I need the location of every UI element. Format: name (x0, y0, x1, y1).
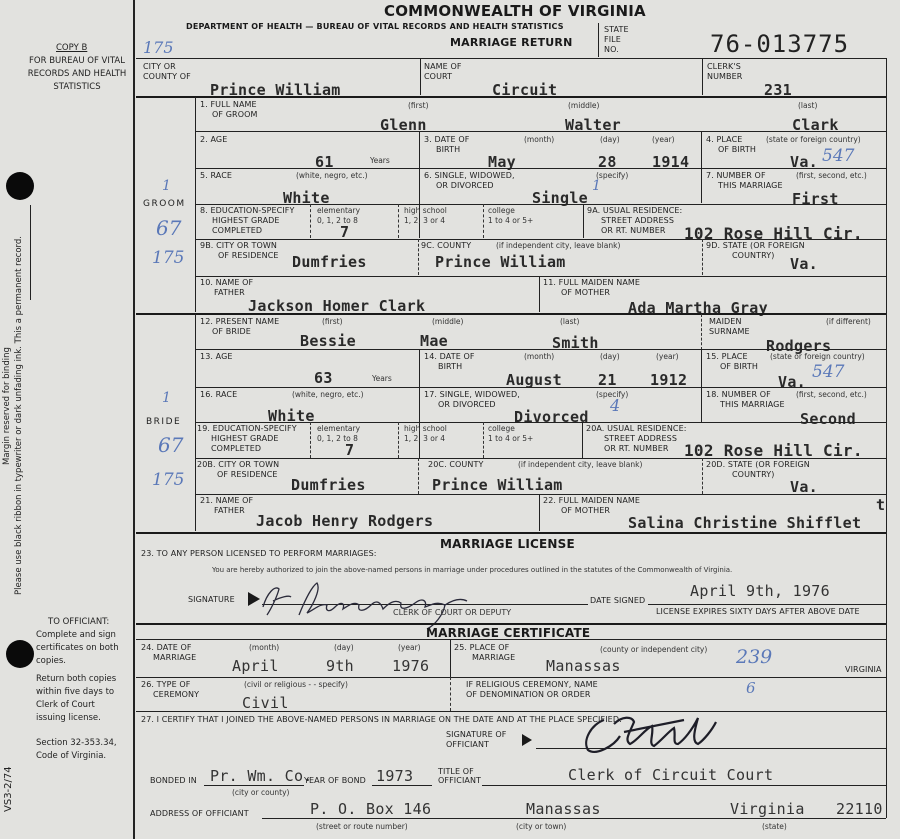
binding-hole-top (6, 172, 34, 200)
license-title: MARRIAGE LICENSE (440, 537, 575, 551)
groom-state-divider (702, 239, 703, 275)
bride-residence-street: 102 Rose Hill Cir. (684, 443, 863, 459)
license-signature-label: SIGNATURE (188, 595, 235, 605)
bonded-in-value: Pr. Wm. Co. (210, 768, 313, 784)
bride-state-label: 20d. STATE (OR FOREIGNCOUNTRY) (706, 460, 810, 480)
bride-status-label: 17. SINGLE, WIDOWED,OR DIVORCED (424, 390, 520, 410)
city-county-label: CITY ORCOUNTY OF (143, 62, 191, 82)
bride-bottom-line (136, 532, 886, 534)
binding-margin-note: Margin reserved for binding (2, 347, 12, 465)
groom-county-label: 9c. COUNTY (421, 241, 471, 251)
marriage-place-label: 25. PLACE OFMARRIAGE (454, 643, 515, 663)
officiant-instr-line: Return both copies (36, 673, 132, 686)
groom-edu-label: 8. EDUCATION-SPECIFYHIGHEST GRADECOMPLET… (200, 206, 295, 236)
state-file-label-line: FILE (604, 35, 629, 45)
groom-hs-hint: high school1, 2, 3 or 4 (404, 206, 447, 226)
officiant-instr-line: within five days to (36, 686, 132, 699)
marriage-date-label: 24. DATE OFMARRIAGE (141, 643, 196, 663)
date-signed-label: DATE SIGNED (590, 596, 645, 606)
form-right-border (886, 58, 887, 818)
license-expires-note: LICENSE EXPIRES SIXTY DAYS AFTER ABOVE D… (656, 607, 860, 617)
bride-state: Va. (790, 479, 818, 495)
bride-dob-year: 1912 (650, 372, 687, 388)
groom-city: Dumfries (292, 254, 367, 270)
bride-pob-label: 15. PLACEOF BIRTH (706, 352, 758, 372)
bond-year-value: 1973 (376, 768, 413, 784)
denomination-divider (450, 677, 451, 711)
bride-pob-hint: (state or foreign country) (770, 352, 865, 362)
groom-race-hint: (white, negro, etc.) (296, 171, 368, 181)
groom-residence-label: 9a. USUAL RESIDENCE:STREET ADDRESSOR RT.… (587, 206, 682, 236)
handwritten-groom-2: 67 (156, 216, 181, 240)
header-form-name: MARRIAGE RETURN (450, 36, 572, 49)
address-street: P. O. Box 146 (310, 801, 431, 817)
bride-middle-hint: (middle) (432, 317, 463, 327)
bride-row-line (196, 422, 886, 423)
bride-county-label: 20c. COUNTY (428, 460, 483, 470)
officiant-instr-line: certificates on both (36, 642, 132, 655)
marriage-return-document: COPY B FOR BUREAU OF VITAL RECORDS AND H… (0, 0, 900, 839)
clerk-of-court-label: CLERK OF COURT OR DEPUTY (393, 608, 511, 618)
bride-middle-name: Mae (420, 333, 448, 349)
bride-edu-divider (398, 422, 399, 458)
bride-row-line (196, 458, 886, 459)
officiant-signature (574, 710, 724, 760)
handwritten-groom-1: 1 (162, 178, 171, 194)
bride-county: Prince William (432, 477, 563, 493)
officiant-instr-title: TO OFFICIANT: (36, 616, 132, 629)
bride-first-hint: (first) (322, 317, 343, 327)
license-item-23: 23. TO ANY PERSON LICENSED TO PERFORM MA… (141, 549, 377, 559)
groom-college-hint: college1 to 4 or 5+ (488, 206, 533, 226)
groom-father-label: 10. NAME OFFATHER (200, 278, 253, 298)
ink-note-underline (30, 205, 31, 300)
bride-divider (539, 494, 540, 531)
bride-last-hint: (last) (560, 317, 579, 327)
bride-name-label: 12. PRESENT NAMEOF BRIDE (200, 317, 279, 337)
certificate-divider (450, 639, 451, 677)
date-signed-line (648, 604, 886, 605)
marriage-month-hint: (month) (249, 643, 279, 653)
handwritten-bride-3: 175 (152, 470, 184, 490)
groom-num-marriage-hint: (first, second, etc.) (796, 171, 867, 181)
bride-maiden-label: MAIDENSURNAME (709, 317, 750, 337)
bride-num-marriage-hint: (first, second, etc.) (796, 390, 867, 400)
officiant-instr-line: issuing license. (36, 712, 132, 725)
copy-desc-line: STATISTICS (22, 81, 132, 94)
groom-bottom-line (136, 313, 886, 315)
address-state: Virginia (730, 801, 805, 817)
bride-mother-name: Salina Christine Shifflet (628, 515, 861, 531)
bride-maiden-divider (701, 314, 702, 350)
date-signed-value: April 9th, 1976 (690, 583, 830, 599)
officiant-address-line (262, 818, 886, 819)
groom-month-hint: (month) (524, 135, 554, 145)
code-section-line: Section 32-353.34, (36, 737, 132, 750)
bride-num-marriage-label: 18. NUMBER OFTHIS MARRIAGE (706, 390, 785, 410)
bride-mother-overflow: t (876, 497, 885, 513)
address-zip: 22110 (836, 801, 883, 817)
bride-num-marriage: Second (800, 411, 856, 427)
bride-father-label: 21. NAME OFFATHER (200, 496, 253, 516)
state-hint: (state) (762, 822, 787, 832)
groom-county-divider (418, 239, 419, 275)
groom-edu-divider (483, 204, 484, 238)
groom-divider (539, 276, 540, 312)
bride-age: 63 (314, 370, 333, 386)
court-label: NAME OFCOURT (424, 62, 462, 82)
groom-dob-label: 3. DATE OFBIRTH (424, 135, 469, 155)
groom-name-label: 1. FULL NAMEOF GROOM (200, 100, 258, 120)
groom-divider (701, 131, 702, 203)
certificate-title: MARRIAGE CERTIFICATE (426, 626, 590, 640)
certificate-row-line (136, 711, 886, 712)
groom-age-label: 2. AGE (200, 135, 227, 145)
bride-divider (701, 349, 702, 422)
groom-day-hint: (day) (600, 135, 620, 145)
bride-day-hint: (day) (600, 352, 620, 362)
officiant-title-value: Clerk of Circuit Court (568, 767, 773, 783)
bonded-in-line (204, 785, 304, 786)
bride-race-label: 16. RACE (200, 390, 237, 400)
top-row-divider-2 (702, 58, 703, 95)
officiant-title-line (482, 785, 886, 786)
ceremony-type-hint: (civil or religious - - specify) (244, 680, 348, 690)
bride-hs-hint: high school1, 2, 3 or 4 (404, 424, 447, 444)
copy-desc: FOR BUREAU OF VITAL RECORDS AND HEALTH S… (22, 55, 132, 94)
handwritten-groom-status-code: 1 (592, 178, 601, 194)
city-hint: (city or town) (516, 822, 566, 832)
bonded-in-hint: (city or county) (232, 788, 289, 798)
top-row-top-line (136, 58, 886, 59)
groom-county: Prince William (435, 254, 566, 270)
code-section-line: Code of Virginia. (36, 750, 132, 763)
bride-row-line (196, 494, 886, 495)
bride-edu-elementary: 7 (345, 442, 354, 458)
state-file-divider (598, 23, 599, 57)
bond-year-label: YEAR OF BOND (304, 776, 366, 786)
groom-row-line (196, 131, 886, 132)
handwritten-top-note: 175 (143, 38, 174, 57)
bride-mother-label: 22. FULL MAIDEN NAMEOF MOTHER (543, 496, 640, 516)
handwritten-bride-1: 1 (162, 390, 171, 406)
officiant-signature-arrow-icon (522, 734, 532, 746)
handwritten-bride-status-code: 4 (610, 396, 620, 415)
copy-b-label: COPY B (56, 42, 87, 55)
groom-pob-label: 4. PLACEOF BIRTH (706, 135, 756, 155)
state-file-label-line: STATE (604, 25, 629, 35)
marriage-year-hint: (year) (398, 643, 421, 653)
bond-year-line (372, 785, 432, 786)
bonded-in-label: BONDED IN (150, 776, 197, 786)
bride-year-hint: (year) (656, 352, 679, 362)
certificate-title-line (136, 639, 886, 640)
address-city: Manassas (526, 801, 601, 817)
marriage-day-hint: (day) (334, 643, 354, 653)
groom-row-line (196, 276, 886, 277)
marriage-year: 1976 (392, 658, 429, 674)
officiant-signature-label: SIGNATURE OFOFFICIANT (446, 730, 506, 750)
groom-years-label: Years (370, 156, 390, 166)
license-authorization: You are hereby authorized to join the ab… (212, 565, 732, 575)
bride-maiden-hint: (if different) (826, 317, 871, 327)
bride-race-hint: (white, negro, etc.) (292, 390, 364, 400)
groom-edu-divider (310, 204, 311, 238)
street-hint: (street or route number) (316, 822, 408, 832)
officiant-instr-line: copies. (36, 655, 132, 668)
bride-city: Dumfries (291, 477, 366, 493)
state-file-number: 76-013775 (710, 30, 849, 58)
bride-father-name: Jacob Henry Rodgers (256, 513, 433, 529)
groom-middle-hint: (middle) (568, 101, 599, 111)
bride-residence-label: 20a. USUAL RESIDENCE:STREET ADDRESSOR RT… (586, 424, 687, 454)
form-code: VS3-2/74 (3, 766, 14, 812)
groom-year-hint: (year) (652, 135, 675, 145)
certificate-row-line (136, 677, 886, 678)
handwritten-groom-3: 175 (152, 248, 184, 268)
state-file-label-line: NO. (604, 45, 629, 55)
officiant-address-label: ADDRESS OF OFFICIANT (150, 809, 249, 819)
state-file-label: STATE FILE NO. (604, 25, 629, 55)
bride-edu-divider (483, 422, 484, 458)
denomination-label: IF RELIGIOUS CEREMONY, NAMEOF DENOMINATI… (466, 680, 598, 700)
ceremony-type: Civil (242, 695, 289, 711)
bride-county-hint: (if independent city, leave blank) (518, 460, 642, 470)
groom-row-line (196, 204, 886, 205)
certify-statement: 27. I CERTIFY THAT I JOINED THE ABOVE-NA… (141, 715, 622, 725)
bride-college-hint: college1 to 4 or 5+ (488, 424, 533, 444)
bride-edu-divider (310, 422, 311, 458)
groom-status-label: 6. SINGLE, WIDOWED,OR DIVORCED (424, 171, 515, 191)
ink-instructions-note: Please use black ribbon in typewriter or… (14, 236, 24, 595)
groom-first-hint: (first) (408, 101, 429, 111)
bride-state-divider (702, 458, 703, 494)
binding-hole-bottom (6, 640, 34, 668)
groom-num-marriage-label: 7. NUMBER OFTHIS MARRIAGE (706, 171, 783, 191)
officiant-instructions: TO OFFICIANT: Complete and sign certific… (36, 616, 132, 763)
groom-divider (583, 204, 584, 238)
groom-county-hint: (if independent city, leave blank) (496, 241, 620, 251)
bride-row-line (196, 349, 886, 350)
handwritten-groom-pob-code: 547 (822, 146, 854, 166)
top-row-divider-1 (420, 58, 421, 95)
groom-row-line (196, 168, 886, 169)
header-department: DEPARTMENT OF HEALTH — BUREAU OF VITAL R… (186, 22, 564, 31)
bride-dob-label: 14. DATE OFBIRTH (424, 352, 475, 372)
top-row-bottom-line (136, 96, 886, 98)
marriage-day: 9th (326, 658, 354, 674)
copy-desc-line: RECORDS AND HEALTH (22, 68, 132, 81)
officiant-instr-line: Complete and sign (36, 629, 132, 642)
officiant-title-label: TITLE OFOFFICIANT (438, 767, 481, 785)
ceremony-type-label: 26. TYPE OFCEREMONY (141, 680, 199, 700)
groom-race-label: 5. RACE (200, 171, 232, 181)
handwritten-bride-2: 67 (158, 433, 183, 457)
bride-section-label: BRIDE (146, 417, 181, 427)
handwritten-bride-pob-code: 547 (812, 362, 844, 382)
bride-dob-day: 21 (598, 372, 617, 388)
groom-elem-hint: elementary0, 1, 2 to 8 (317, 206, 360, 226)
bride-county-divider (418, 458, 419, 494)
copy-desc-line: FOR BUREAU OF VITAL (22, 55, 132, 68)
groom-edu-divider (398, 204, 399, 238)
clerk-number-label: CLERK'SNUMBER (707, 62, 742, 82)
bride-dob-month: August (506, 372, 562, 388)
groom-city-label: 9b. CITY OR TOWNOF RESIDENCE (200, 241, 279, 261)
handwritten-place-code: 239 (736, 646, 772, 668)
license-bottom-line (136, 623, 886, 625)
handwritten-denomination-code: 6 (746, 679, 756, 697)
marriage-month: April (232, 658, 279, 674)
bride-edu-label: 19. EDUCATION-SPECIFYHIGHEST GRADECOMPLE… (197, 424, 297, 454)
header-title: COMMONWEALTH OF VIRGINIA (384, 2, 646, 20)
groom-father-name: Jackson Homer Clark (248, 298, 425, 314)
groom-mother-label: 11. FULL MAIDEN NAMEOF MOTHER (543, 278, 640, 298)
bride-divider (582, 422, 583, 458)
groom-section-label: GROOM (143, 199, 186, 209)
clerk-signature (255, 575, 495, 630)
bride-age-label: 13. AGE (200, 352, 233, 362)
bride-first-name: Bessie (300, 333, 356, 349)
groom-row-line (196, 239, 886, 240)
marriage-place-state: VIRGINIA (845, 665, 882, 675)
groom-pob-hint: (state or foreign country) (766, 135, 861, 145)
bride-city-label: 20b. CITY OR TOWNOF RESIDENCE (197, 460, 279, 480)
groom-edu-elementary: 7 (340, 224, 349, 240)
bride-years-label: Years (372, 374, 392, 384)
bride-month-hint: (month) (524, 352, 554, 362)
groom-state: Va. (790, 256, 818, 272)
bride-row-line (196, 387, 886, 388)
marriage-place: Manassas (546, 658, 621, 674)
groom-last-hint: (last) (798, 101, 817, 111)
officiant-instr-line: Clerk of Court (36, 699, 132, 712)
marriage-place-hint: (county or independent city) (600, 645, 707, 655)
form-left-border (133, 0, 136, 839)
